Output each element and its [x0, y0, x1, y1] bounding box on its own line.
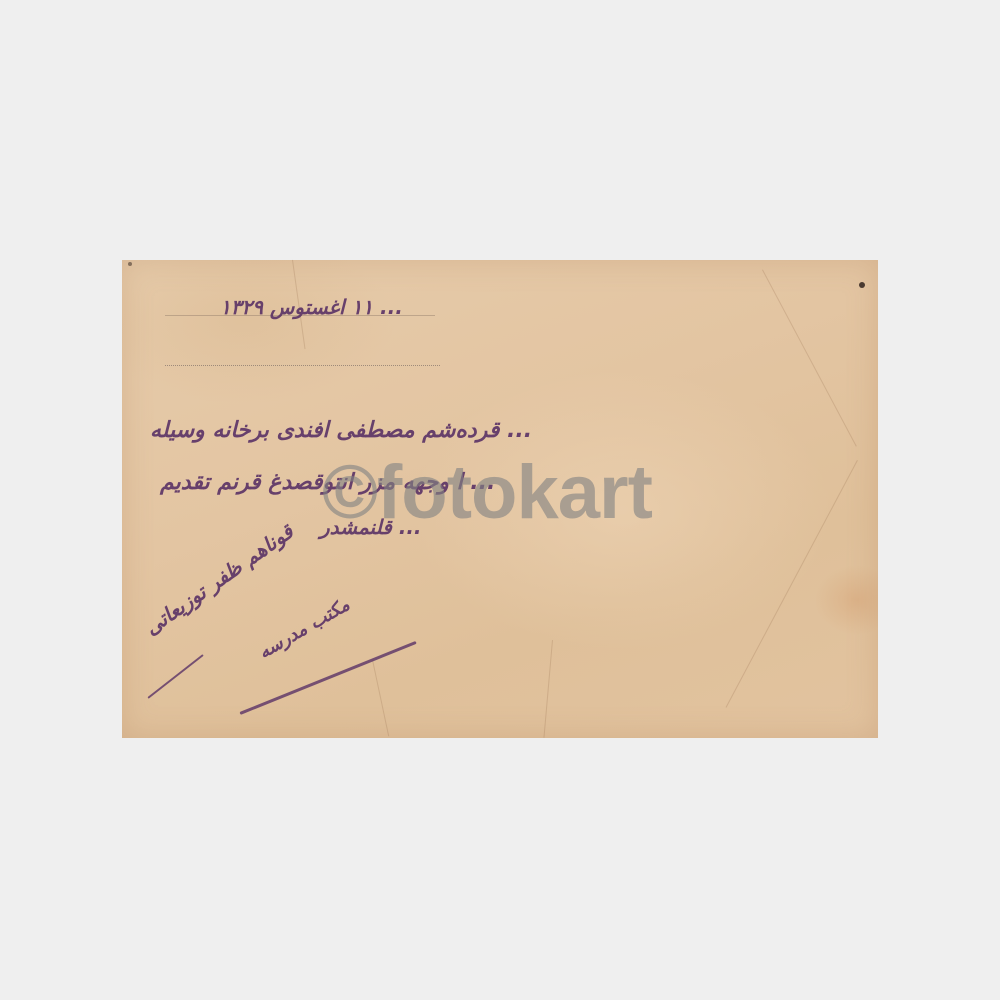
watermark: ©fotokart: [322, 455, 652, 531]
crease: [543, 640, 553, 738]
address-rule-dotted: [165, 365, 440, 366]
stain-spot: [128, 262, 132, 266]
message-line-1: ... قرده‌شم مصطفی افندی برخانه وسیله: [150, 418, 532, 443]
stain-spot: [859, 282, 865, 288]
crease: [762, 270, 857, 447]
crease: [726, 460, 858, 708]
date-line: ... ۱۱ اغستوس ۱۳۲۹: [220, 295, 403, 319]
crease: [372, 660, 389, 737]
